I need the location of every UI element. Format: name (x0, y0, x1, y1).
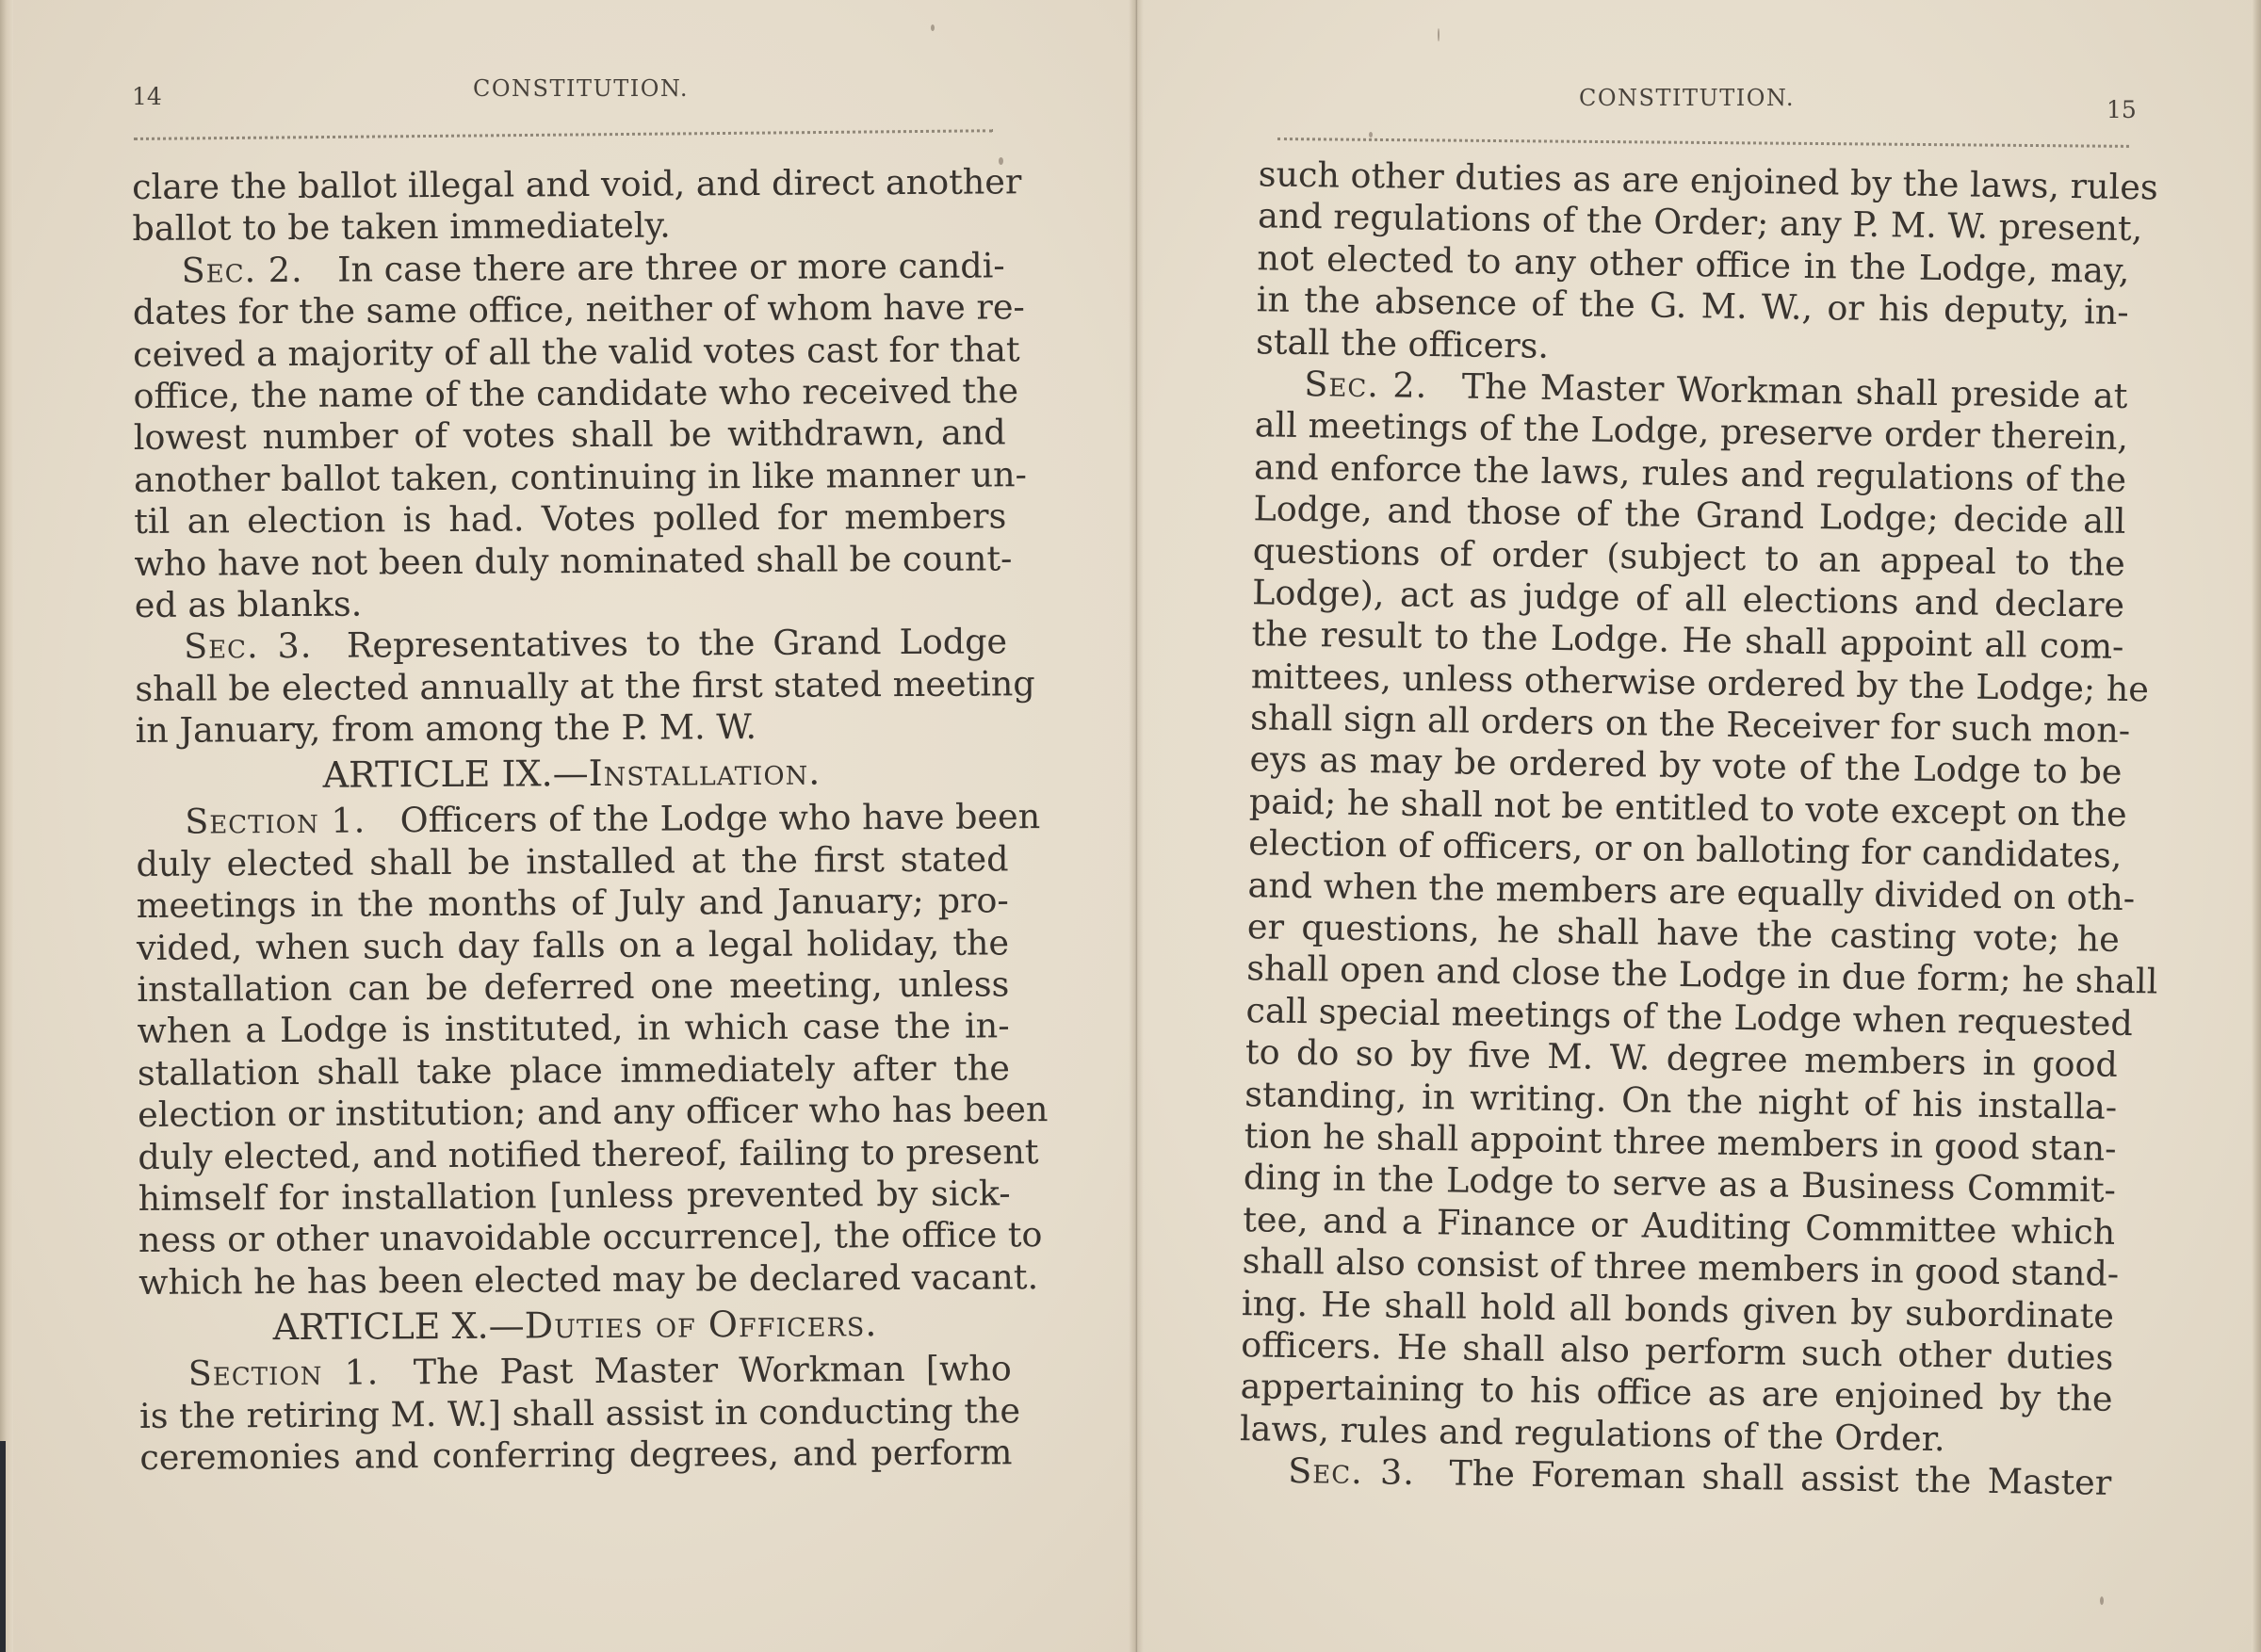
text-line: shall be elected annually at the first s… (135, 663, 1007, 710)
section-text: The Past Master Workman [who (414, 1348, 1012, 1392)
left-background-edge (0, 1441, 6, 1652)
left-book-edge (0, 0, 13, 1652)
article-title: Installation. (589, 752, 821, 795)
text-line: another ballot taken, continuing in like… (134, 454, 1006, 501)
section-label: Sec. 2. (182, 250, 303, 291)
left-page-text: clare the ballot illegal and void, and d… (132, 161, 1012, 1479)
right-page-number: 15 (2106, 96, 2137, 123)
text-line: ed as blanks. (135, 579, 1007, 626)
section-label: Section 1. (185, 801, 366, 842)
paper-speck (1369, 132, 1373, 138)
section-text: Representatives to the Grand Lodge (347, 622, 1007, 666)
text-line: dates for the same office, neither of wh… (133, 287, 1005, 334)
text-line: vided, when such day falls on a legal ho… (137, 922, 1009, 969)
text-line: lowest number of votes shall be withdraw… (134, 413, 1006, 460)
article-number: ARTICLE X.— (273, 1305, 525, 1349)
text-line: when a Lodge is instituted, in which cas… (137, 1006, 1009, 1053)
article-heading: ARTICLE X.—Duties of Officers. (138, 1298, 1011, 1353)
text-line: is the retiring M. W.] shall assist in c… (139, 1390, 1012, 1437)
text-line: duly elected, and notified thereof, fail… (138, 1131, 1010, 1178)
text-line: office, the name of the candidate who re… (133, 370, 1005, 417)
paper-speck (2100, 1596, 2104, 1605)
section-label: Section 1. (188, 1352, 380, 1394)
section-start-line: Sec. 3. Representatives to the Grand Lod… (135, 622, 1007, 669)
book-spread: 14 CONSTITUTION. CONSTITUTION. 15 clare … (0, 0, 2261, 1652)
section-label: Sec. 3. (1288, 1450, 1415, 1493)
section-start-line: Section 1. The Past Master Workman [who (139, 1348, 1012, 1395)
paper-speck (1438, 28, 1440, 41)
section-label: Sec. 3. (184, 625, 313, 667)
text-line: ballot to be taken immediately. (132, 203, 1004, 251)
paper-speck (931, 24, 935, 31)
article-title: Duties of Officers. (525, 1303, 878, 1346)
book-gutter (1129, 0, 1144, 1652)
section-start-line: Section 1. Officers of the Lodge who hav… (136, 797, 1008, 844)
section-text: The Foreman shall assist the Master (1449, 1453, 2111, 1503)
text-line: in January, from among the P. M. W. (136, 705, 1008, 752)
text-line: til an election is had. Votes polled for… (134, 495, 1006, 543)
text-line: meetings in the months of July and Janua… (137, 881, 1009, 928)
text-line: which he has been elected may be declare… (138, 1256, 1011, 1304)
article-number: ARTICLE IX.— (323, 753, 589, 797)
text-line: duly elected shall be installed at the f… (136, 838, 1008, 885)
paper-speck (999, 157, 1003, 165)
text-line: ness or other unavoidable occurrence], t… (138, 1215, 1011, 1262)
text-line: stallation shall take place immediately … (138, 1047, 1010, 1094)
section-label: Sec. 2. (1304, 364, 1427, 406)
section-text: In case there are three or more candi- (337, 245, 1005, 289)
text-line: clare the ballot illegal and void, and d… (132, 161, 1004, 208)
section-text: Officers of the Lodge who have been (400, 797, 1041, 841)
text-line: ceived a majority of all the valid votes… (133, 329, 1005, 376)
section-start-line: Sec. 2. In case there are three or more … (133, 245, 1005, 292)
right-book-edge (2252, 0, 2261, 1652)
text-line: who have not been duly nominated shall b… (134, 538, 1006, 585)
text-line: installation can be deferred one meeting… (137, 964, 1009, 1011)
right-page-text: such other duties as are enjoined by the… (1239, 154, 2131, 1504)
article-heading: ARTICLE IX.—Installation. (136, 747, 1008, 802)
left-page-number: 14 (132, 83, 162, 110)
right-running-head: CONSTITUTION. (1579, 85, 1795, 111)
text-line: himself for installation [unless prevent… (138, 1173, 1011, 1220)
text-line: election or institution; and any officer… (138, 1090, 1010, 1137)
text-line: ceremonies and conferring degrees, and p… (139, 1432, 1012, 1479)
left-running-head: CONSTITUTION. (473, 75, 689, 102)
